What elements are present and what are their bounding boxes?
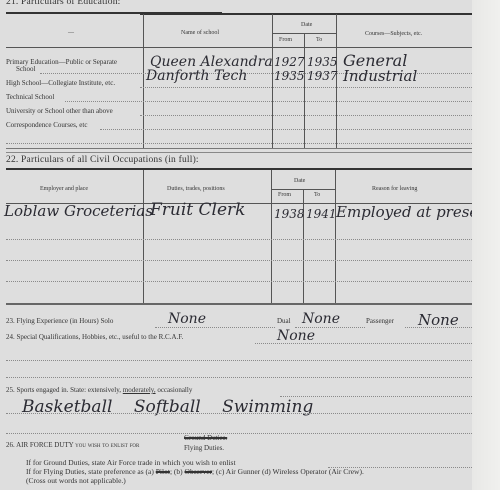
flying-experience-label: 23. Flying Experience (in Hours) Solo — [6, 317, 113, 325]
divider — [140, 13, 472, 15]
sports-label: 25. Sports engaged in. State: extensivel… — [6, 386, 192, 394]
high-school-courses: Industrial — [343, 67, 417, 85]
solo-value: None — [168, 311, 206, 327]
duties-header: Duties, trades, positions — [167, 186, 225, 192]
correspondence-label: Correspondence Courses, etc — [6, 121, 87, 129]
primary-education-label-2: School — [16, 65, 35, 73]
date-header: Date — [301, 22, 312, 28]
dual-label: Dual — [277, 317, 291, 325]
cross-out-note: (Cross out words not applicable.) — [26, 476, 126, 485]
reason-value: Employed at present — [336, 203, 494, 221]
passenger-value: None — [418, 311, 459, 329]
high-school-name: Danforth Tech — [146, 68, 247, 84]
blank-header: — — [68, 30, 74, 36]
enlistment-form-page: 21. Particulars of Education: — Name of … — [0, 0, 472, 490]
employer-header: Employer and place — [40, 186, 88, 192]
duties-value: Fruit Clerk — [150, 200, 245, 220]
ground-duties-instruction: If for Ground Duties, state Air Force tr… — [26, 458, 236, 467]
special-qualifications-label: 24. Special Qualifications, Hobbies, etc… — [6, 333, 183, 341]
technical-school-label: Technical School — [6, 93, 54, 101]
high-school-from: 1935 — [274, 69, 305, 83]
air-force-duty-label: 26. AIR FORCE DUTY you wish to enlist fo… — [6, 441, 139, 449]
from-header: From — [279, 37, 292, 43]
flying-duties-option: Flying Duties. — [184, 444, 224, 452]
occupation-date-header: Date — [294, 178, 305, 184]
section-21-title: 21. Particulars of Education: — [6, 0, 121, 7]
primary-from: 1927 — [274, 55, 305, 69]
reason-header: Reason for leaving — [372, 186, 417, 192]
employer-value: Loblaw Groceterias — [4, 202, 153, 220]
university-label: University or School other than above — [6, 107, 113, 115]
occupation-to-header: To — [314, 192, 320, 198]
sports-value: Basketball Softball Swimming — [22, 397, 313, 417]
occupation-from-value: 1938 — [274, 207, 305, 221]
ground-duties-option: Ground Duties. — [184, 434, 227, 442]
high-school-label: High School—Collegiate Institute, etc. — [6, 79, 115, 87]
to-header: To — [316, 37, 322, 43]
occupation-to-value: 1941 — [306, 207, 337, 221]
occupation-from-header: From — [278, 192, 291, 198]
page-edge — [472, 0, 500, 490]
special-qualifications-value: None — [277, 328, 315, 344]
courses-header: Courses—Subjects, etc. — [365, 31, 422, 37]
section-22-title: 22. Particulars of all Civil Occupations… — [6, 155, 199, 165]
primary-to: 1935 — [307, 55, 338, 69]
passenger-label: Passenger — [366, 317, 394, 325]
name-of-school-header: Name of school — [181, 30, 219, 36]
high-school-to: 1937 — [307, 69, 338, 83]
flying-duties-instruction: If for Flying Duties, state preference a… — [26, 467, 364, 476]
dual-value: None — [302, 311, 340, 327]
